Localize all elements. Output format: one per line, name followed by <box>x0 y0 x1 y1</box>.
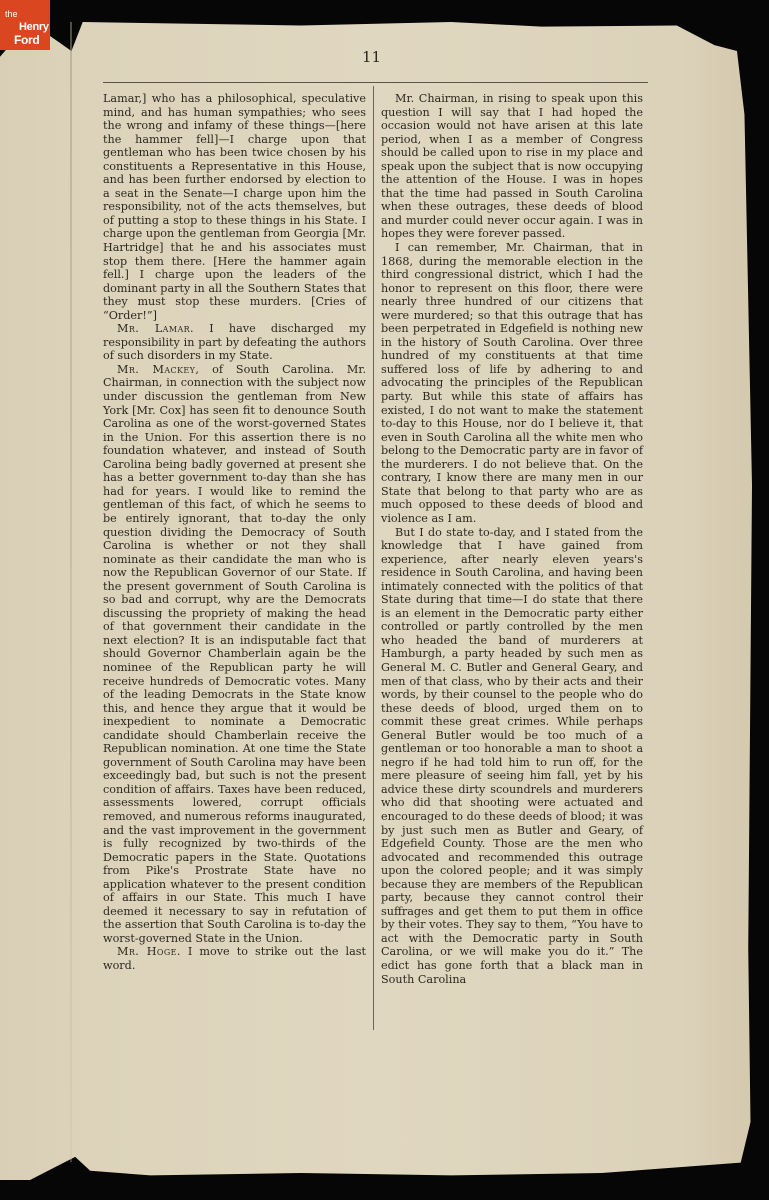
paragraph: But I do state to-day, and I stated from… <box>381 526 643 987</box>
column-divider <box>373 86 374 1030</box>
paragraph: Mr. Chairman, in rising to speak upon th… <box>381 92 643 241</box>
speaker-name: Mr. Lamar. <box>117 322 194 335</box>
logo-text-henry: Henry <box>19 22 49 33</box>
logo-text-the: the <box>5 10 18 19</box>
page-number: 11 <box>362 48 381 66</box>
logo-text-ford: Ford <box>14 34 39 46</box>
paragraph: Mr. Hoge. I move to strike out the last … <box>103 945 366 972</box>
left-column: Lamar,] who has a philosophical, specula… <box>103 92 366 973</box>
header-rule <box>103 82 648 83</box>
speaker-name: Mr. Hoge. <box>117 945 181 958</box>
page-fold-crease <box>70 22 72 1162</box>
henry-ford-logo: the Henry Ford <box>0 0 50 50</box>
speaker-name: Mr. Mackey, <box>117 363 199 376</box>
paragraph: Mr. Lamar. I have discharged my responsi… <box>103 322 366 363</box>
paragraph: Mr. Mackey, of South Carolina. Mr. Chair… <box>103 363 366 946</box>
right-column: Mr. Chairman, in rising to speak upon th… <box>381 92 643 986</box>
paragraph: Lamar,] who has a philosophical, specula… <box>103 92 366 322</box>
paragraph: I can remember, Mr. Chairman, that in 18… <box>381 241 643 525</box>
